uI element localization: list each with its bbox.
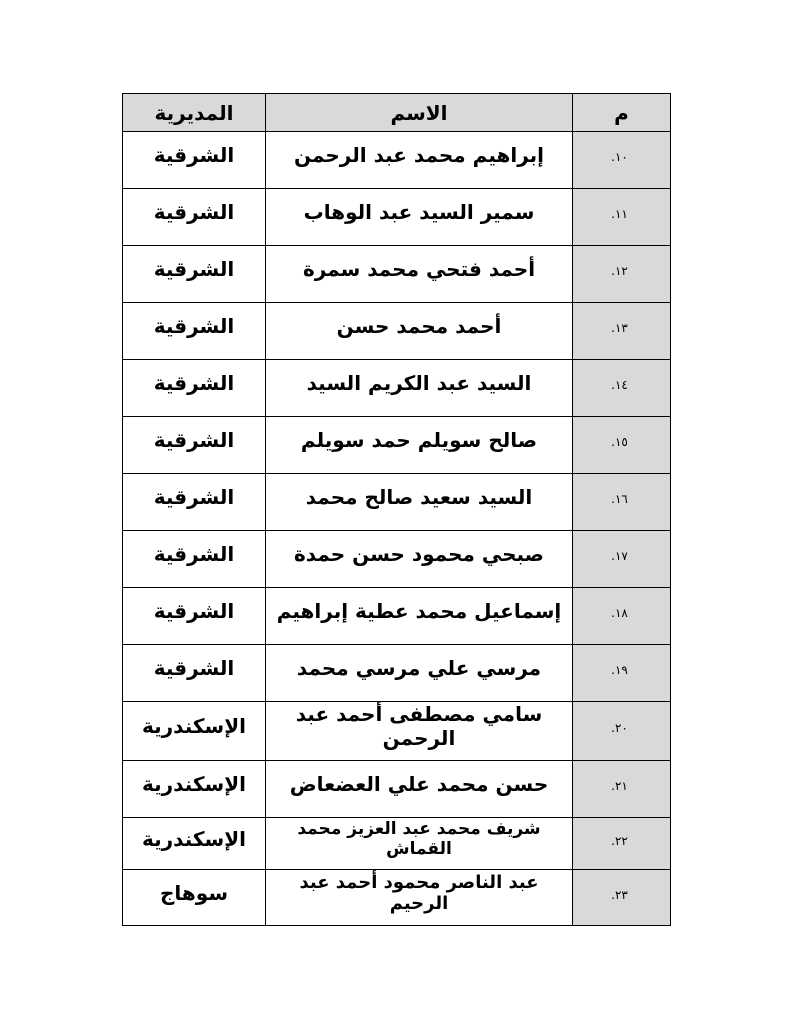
- cell-name: صالح سويلم حمد سويلم: [266, 417, 573, 474]
- cell-name: مرسي علي مرسي محمد: [266, 645, 573, 702]
- table-row: ٢٢. شريف محمد عبد العزيز محمد القماش الإ…: [123, 818, 671, 870]
- cell-directorate: سوهاج: [123, 870, 266, 926]
- table-row: ١٦. السيد سعيد صالح محمد الشرقية: [123, 474, 671, 531]
- cell-number: ٢١.: [573, 761, 671, 818]
- cell-directorate: الشرقية: [123, 417, 266, 474]
- cell-name: عبد الناصر محمود أحمد عبد الرحيم: [266, 870, 573, 926]
- cell-number: ٢٣.: [573, 870, 671, 926]
- cell-name: سمير السيد عبد الوهاب: [266, 189, 573, 246]
- cell-name: صبحي محمود حسن حمدة: [266, 531, 573, 588]
- cell-number: ١٧.: [573, 531, 671, 588]
- table-row: ١٠. إبراهيم محمد عبد الرحمن الشرقية: [123, 132, 671, 189]
- cell-directorate: الشرقية: [123, 645, 266, 702]
- cell-name: إسماعيل محمد عطية إبراهيم: [266, 588, 573, 645]
- cell-name: أحمد فتحي محمد سمرة: [266, 246, 573, 303]
- cell-number: ١٥.: [573, 417, 671, 474]
- cell-directorate: الشرقية: [123, 531, 266, 588]
- table-row: ١٨. إسماعيل محمد عطية إبراهيم الشرقية: [123, 588, 671, 645]
- header-row: م الاسم المديرية: [123, 94, 671, 132]
- cell-name: سامي مصطفى أحمد عبد الرحمن: [266, 702, 573, 761]
- document-page: م الاسم المديرية ١٠. إبراهيم محمد عبد ال…: [0, 0, 792, 1024]
- table-row: ١٢. أحمد فتحي محمد سمرة الشرقية: [123, 246, 671, 303]
- cell-directorate: الشرقية: [123, 132, 266, 189]
- cell-number: ١٩.: [573, 645, 671, 702]
- cell-number: ١٤.: [573, 360, 671, 417]
- cell-number: ٢٢.: [573, 818, 671, 870]
- header-number: م: [573, 94, 671, 132]
- cell-number: ١٦.: [573, 474, 671, 531]
- cell-name: حسن محمد علي العضعاض: [266, 761, 573, 818]
- cell-directorate: الإسكندرية: [123, 818, 266, 870]
- cell-directorate: الشرقية: [123, 303, 266, 360]
- table-row: ٢١. حسن محمد علي العضعاض الإسكندرية: [123, 761, 671, 818]
- cell-number: ١٠.: [573, 132, 671, 189]
- cell-number: ٢٠.: [573, 702, 671, 761]
- table-row: ١١. سمير السيد عبد الوهاب الشرقية: [123, 189, 671, 246]
- cell-directorate: الشرقية: [123, 246, 266, 303]
- header-directorate: المديرية: [123, 94, 266, 132]
- cell-directorate: الشرقية: [123, 474, 266, 531]
- cell-name: شريف محمد عبد العزيز محمد القماش: [266, 818, 573, 870]
- cell-directorate: الشرقية: [123, 360, 266, 417]
- table-header: م الاسم المديرية: [123, 94, 671, 132]
- cell-name: السيد سعيد صالح محمد: [266, 474, 573, 531]
- cell-directorate: الشرقية: [123, 588, 266, 645]
- table-row: ٢٠. سامي مصطفى أحمد عبد الرحمن الإسكندري…: [123, 702, 671, 761]
- roster-table: م الاسم المديرية ١٠. إبراهيم محمد عبد ال…: [122, 93, 671, 926]
- cell-directorate: الإسكندرية: [123, 761, 266, 818]
- table-row: ٢٣. عبد الناصر محمود أحمد عبد الرحيم سوه…: [123, 870, 671, 926]
- table-row: ١٣. أحمد محمد حسن الشرقية: [123, 303, 671, 360]
- table-row: ١٩. مرسي علي مرسي محمد الشرقية: [123, 645, 671, 702]
- table-body: ١٠. إبراهيم محمد عبد الرحمن الشرقية ١١. …: [123, 132, 671, 926]
- table-row: ١٥. صالح سويلم حمد سويلم الشرقية: [123, 417, 671, 474]
- cell-name: السيد عبد الكريم السيد: [266, 360, 573, 417]
- cell-number: ١١.: [573, 189, 671, 246]
- cell-name: إبراهيم محمد عبد الرحمن: [266, 132, 573, 189]
- cell-number: ١٢.: [573, 246, 671, 303]
- cell-name: أحمد محمد حسن: [266, 303, 573, 360]
- cell-number: ١٨.: [573, 588, 671, 645]
- cell-number: ١٣.: [573, 303, 671, 360]
- table-row: ١٤. السيد عبد الكريم السيد الشرقية: [123, 360, 671, 417]
- header-name: الاسم: [266, 94, 573, 132]
- cell-directorate: الإسكندرية: [123, 702, 266, 761]
- table-row: ١٧. صبحي محمود حسن حمدة الشرقية: [123, 531, 671, 588]
- cell-directorate: الشرقية: [123, 189, 266, 246]
